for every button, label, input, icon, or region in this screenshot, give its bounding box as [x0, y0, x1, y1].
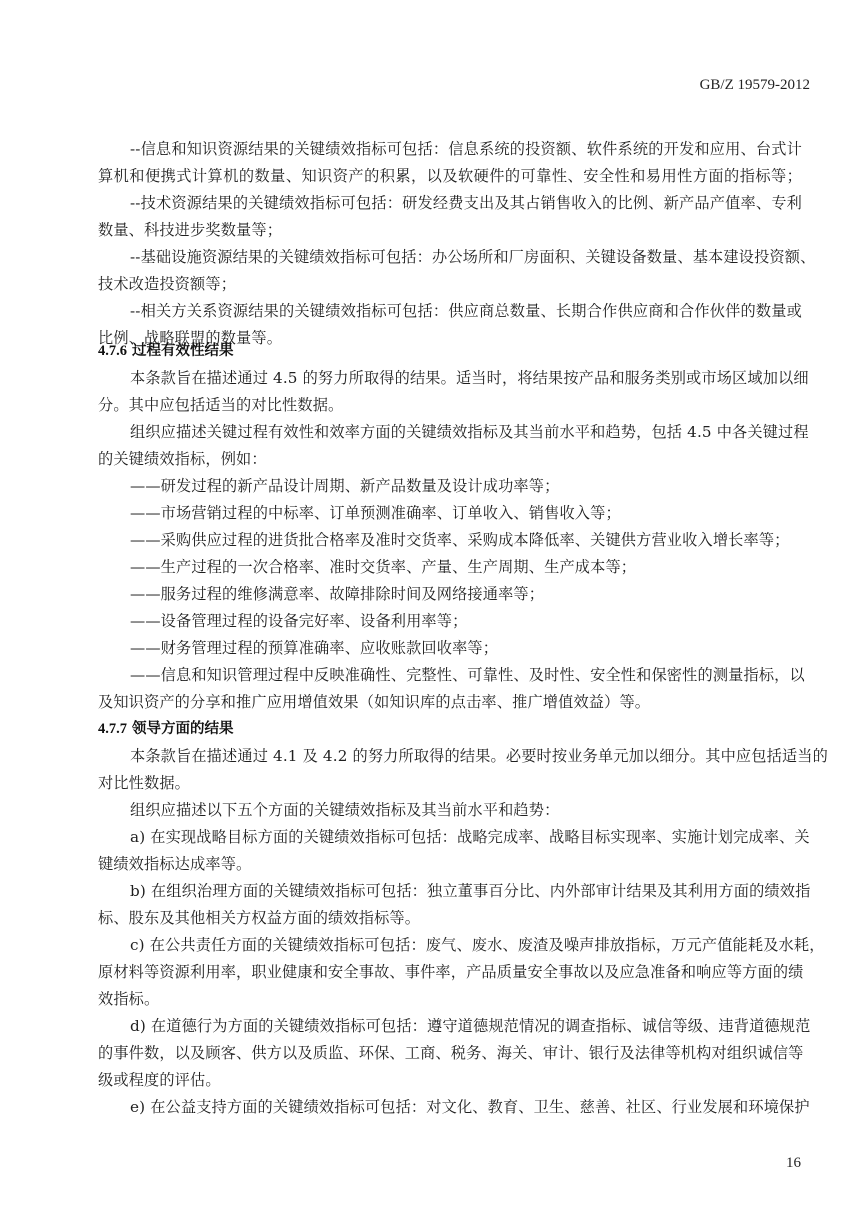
paragraph-line: 组织应描述关键过程有效性和效率方面的关键绩效指标及其当前水平和趋势，包括 4.5…	[130, 422, 802, 442]
paragraph-line: 的关键绩效指标，例如：	[98, 449, 802, 469]
list-item: ——财务管理过程的预算准确率、应收账款回收率等；	[130, 638, 802, 658]
list-item-c: 效指标。	[98, 989, 802, 1009]
list-item: ——设备管理过程的设备完好率、设备利用率等；	[130, 611, 802, 631]
list-item: ——采购供应过程的进货批合格率及准时交货率、采购成本降低率、关键供方营业收入增长…	[130, 530, 802, 550]
list-item: ——服务过程的维修满意率、故障排除时间及网络接通率等；	[130, 584, 802, 604]
list-item-a: 键绩效指标达成率等。	[98, 854, 802, 874]
section-heading-4-7-6: 4.7.6过程有效性结果	[98, 341, 234, 361]
list-item-a: a) 在实现战略目标方面的关键绩效指标可包括：战略完成率、战略目标实现率、实施计…	[130, 827, 802, 847]
paragraph-line: 组织应描述以下五个方面的关键绩效指标及其当前水平和趋势：	[130, 800, 802, 820]
list-item-b: 标、股东及其他相关方权益方面的绩效指标等。	[98, 908, 802, 928]
list-item: ——生产过程的一次合格率、准时交货率、产量、生产周期、生产成本等；	[130, 557, 802, 577]
list-item-b: b) 在组织治理方面的关键绩效指标可包括：独立董事百分比、内外部审计结果及其利用…	[130, 881, 802, 901]
list-item-d: d) 在道德行为方面的关键绩效指标可包括：遵守道德规范情况的调查指标、诚信等级、…	[130, 1016, 802, 1036]
paragraph-line: 本条款旨在描述通过 4.1 及 4.2 的努力所取得的结果。必要时按业务单元加以…	[130, 746, 802, 766]
list-item-d: 的事件数，以及顾客、供方以及质监、环保、工商、税务、海关、审计、银行及法律等机构…	[98, 1043, 802, 1063]
section-title: 过程有效性结果	[132, 343, 234, 359]
section-title: 领导方面的结果	[132, 721, 234, 737]
list-item: ——信息和知识管理过程中反映准确性、完整性、可靠性、及时性、安全性和保密性的测量…	[130, 665, 802, 685]
paragraph-line: 分。其中应包括适当的对比性数据。	[98, 395, 802, 415]
section-heading-4-7-7: 4.7.7领导方面的结果	[98, 719, 234, 739]
standard-code-header: GB/Z 19579-2012	[700, 77, 810, 94]
list-item: ——市场营销过程的中标率、订单预测准确率、订单收入、销售收入等；	[130, 503, 802, 523]
section-number: 4.7.6	[98, 343, 127, 359]
paragraph-line: --相关方关系资源结果的关键绩效指标可包括：供应商总数量、长期合作供应商和合作伙…	[130, 301, 802, 321]
list-item: 及知识资产的分享和推广应用增值效果（如知识库的点击率、推广增值效益）等。	[98, 692, 802, 712]
list-item-c: 原材料等资源利用率，职业健康和安全事故、事件率，产品质量安全事故以及应急准备和响…	[98, 962, 802, 982]
list-item-d: 级或程度的评估。	[98, 1070, 802, 1090]
page-number: 16	[786, 1155, 801, 1172]
paragraph-line: 技术改造投资额等；	[98, 274, 802, 294]
list-item-e: e) 在公益支持方面的关键绩效指标可包括：对文化、教育、卫生、慈善、社区、行业发…	[130, 1097, 802, 1117]
list-item-c: c) 在公共责任方面的关键绩效指标可包括：废气、废水、废渣及噪声排放指标，万元产…	[130, 935, 802, 955]
list-item: ——研发过程的新产品设计周期、新产品数量及设计成功率等；	[130, 476, 802, 496]
paragraph-line: 本条款旨在描述通过 4.5 的努力所取得的结果。适当时，将结果按产品和服务类别或…	[130, 368, 802, 388]
section-number: 4.7.7	[98, 721, 127, 737]
paragraph-line: --基础设施资源结果的关键绩效指标可包括：办公场所和厂房面积、关键设备数量、基本…	[130, 247, 802, 267]
paragraph-line: 对比性数据。	[98, 773, 802, 793]
document-page: GB/Z 19579-2012 --信息和知识资源结果的关键绩效指标可包括：信息…	[0, 0, 860, 1216]
paragraph-line: --技术资源结果的关键绩效指标可包括：研发经费支出及其占销售收入的比例、新产品产…	[130, 193, 802, 213]
paragraph-line: 算机和便携式计算机的数量、知识资产的积累，以及软硬件的可靠性、安全性和易用性方面…	[98, 166, 802, 186]
paragraph-line: --信息和知识资源结果的关键绩效指标可包括：信息系统的投资额、软件系统的开发和应…	[130, 139, 802, 159]
paragraph-line: 数量、科技进步奖数量等；	[98, 220, 802, 240]
